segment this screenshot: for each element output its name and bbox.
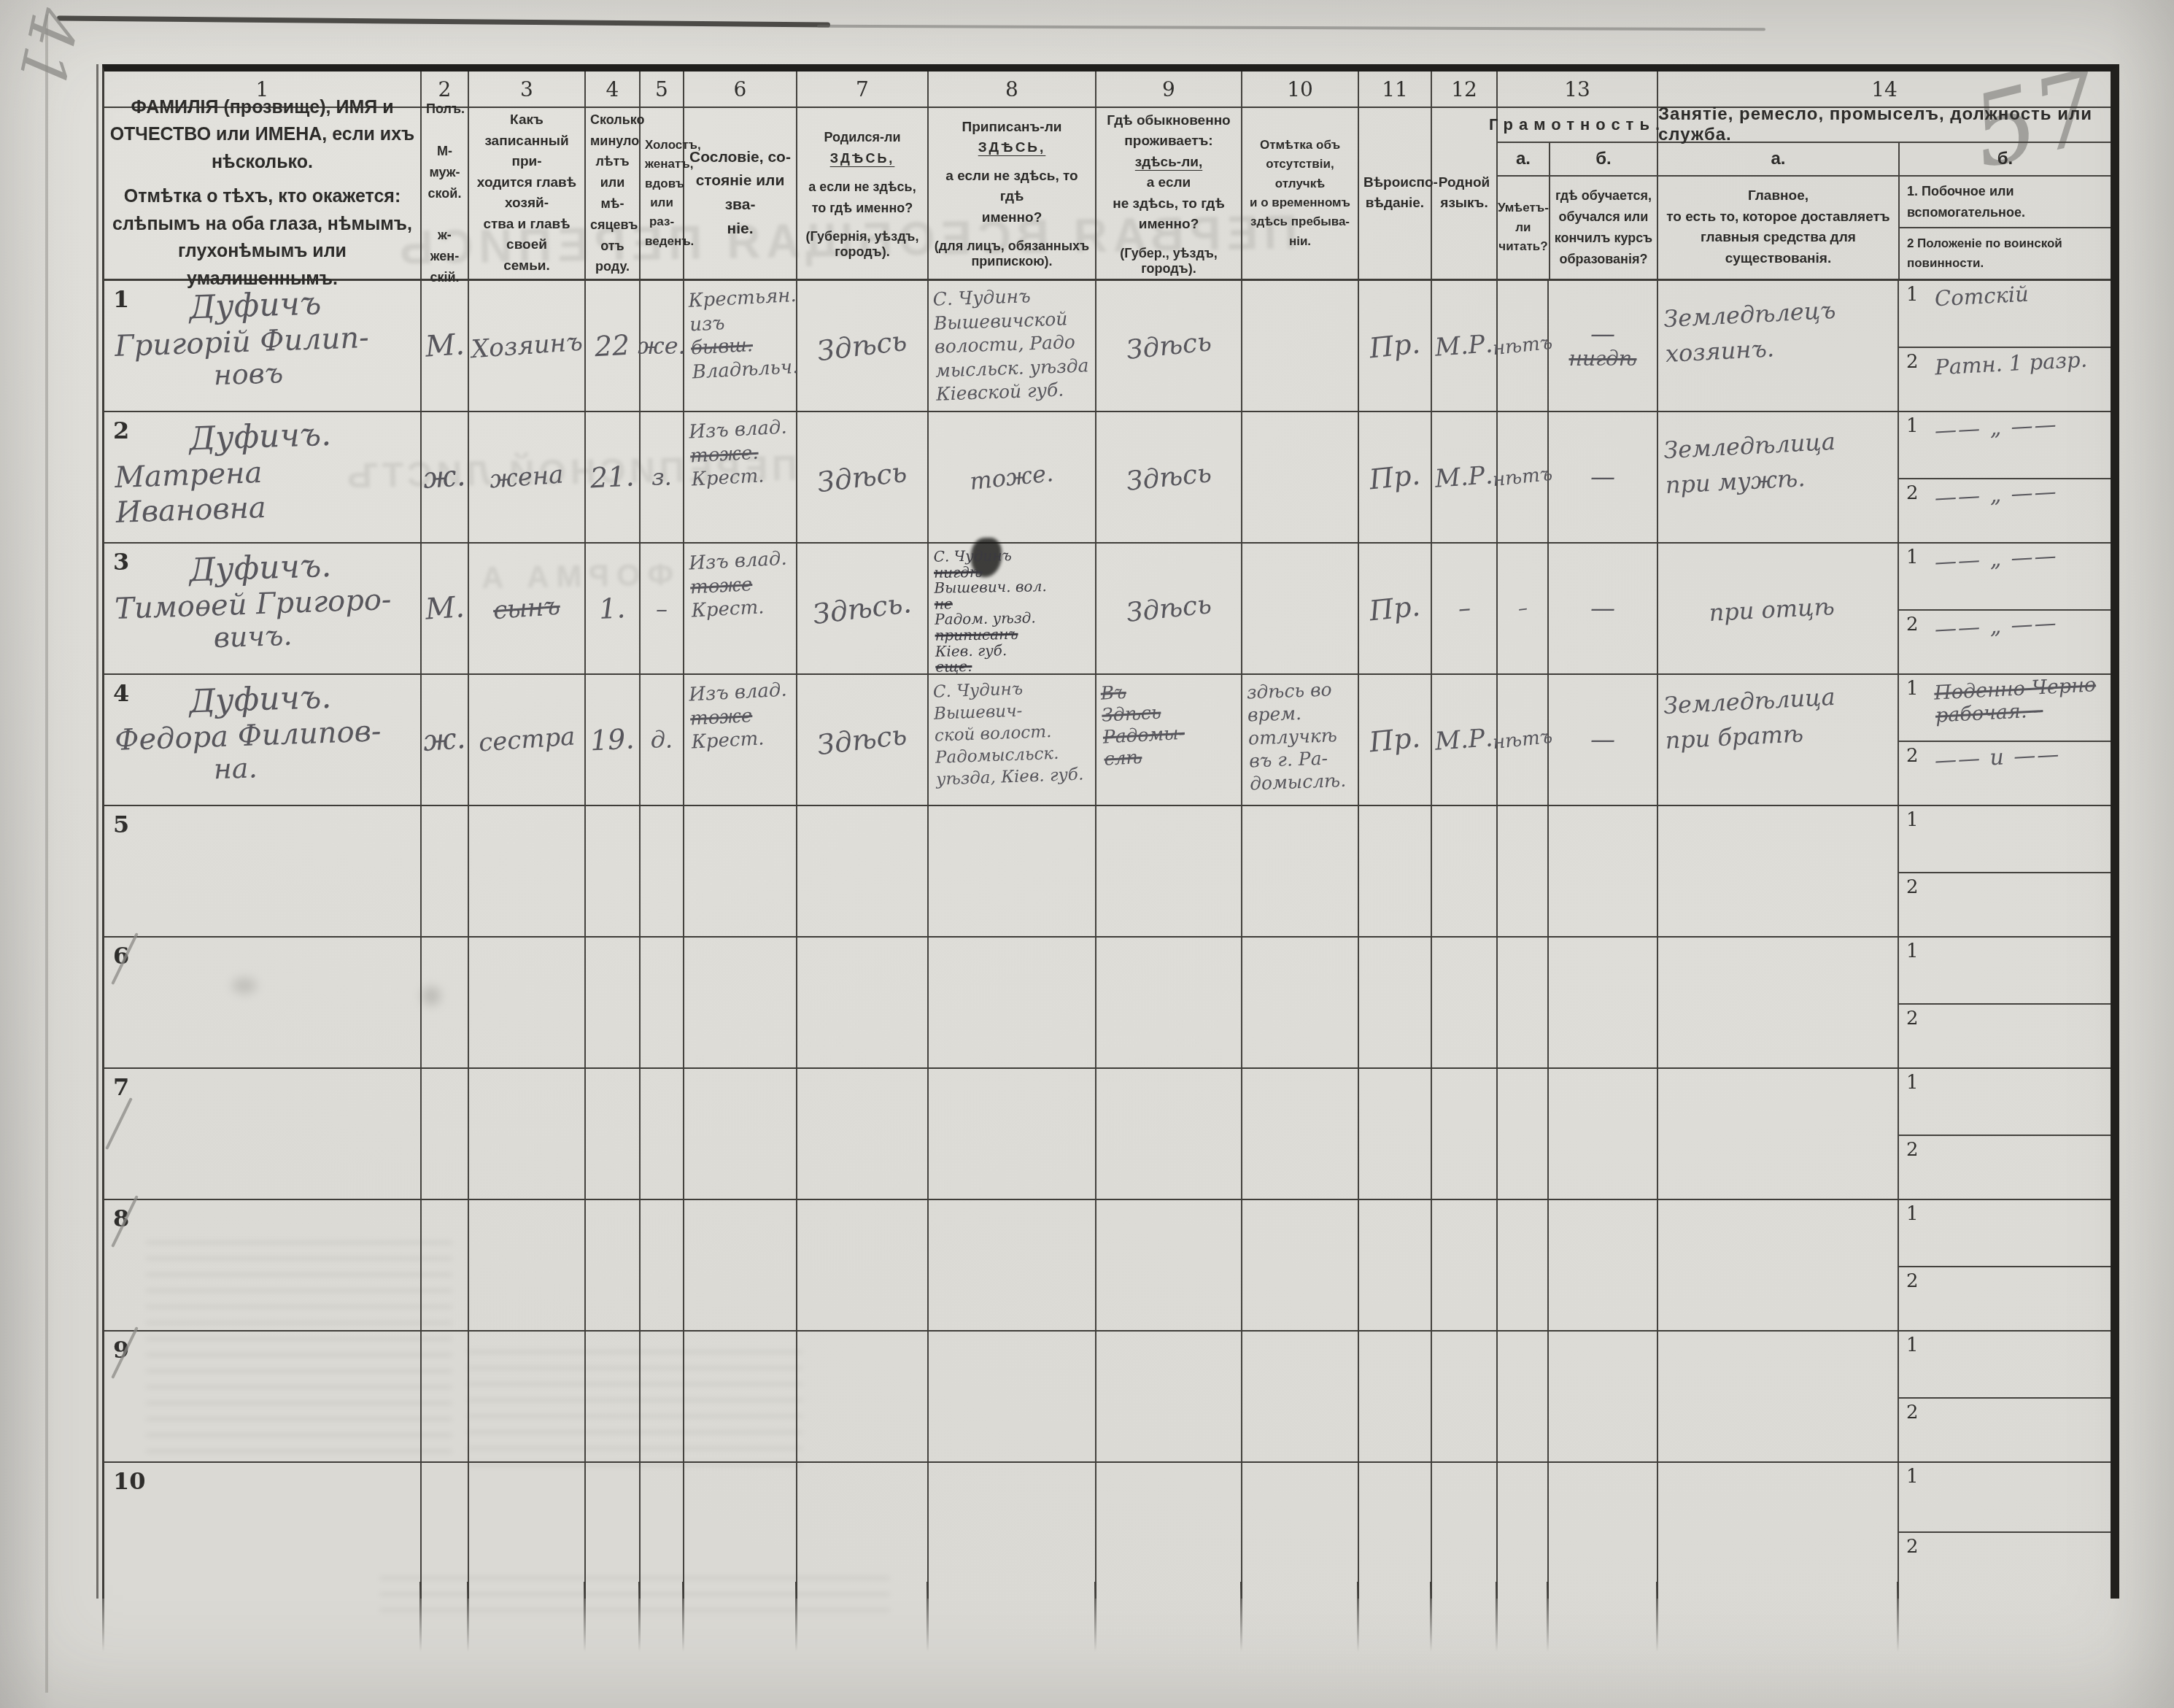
sub-label-1: 1 [1906, 284, 1919, 306]
cell-estate: Изъ влад. тоже Крест. [684, 675, 797, 805]
cell-registration [929, 1332, 1096, 1461]
language-text: М.Р. [1434, 329, 1494, 362]
registration-struck: еще. [935, 657, 1090, 675]
cell-language [1432, 1200, 1498, 1330]
sub-label-2: 2 [1906, 614, 1919, 635]
occupation-main-text: Земледѣлецъ хозяинъ. [1662, 279, 1893, 371]
header-occupation-a-text: Главное, то есть то, которое доставляетъ… [1658, 177, 1898, 279]
cell-occupation-side: 1 2 [1899, 1332, 2111, 1461]
sub-label-1: 1 [1906, 415, 1919, 437]
header-name: ФАМИЛІЯ (прозвище), ИМЯ и ОТЧЕСТВО или И… [104, 108, 422, 279]
census-row-8-empty: 8 1 2 [104, 1200, 2111, 1332]
language-text: М.Р. [1434, 723, 1494, 756]
birthplace-text: Здѣсь [816, 719, 909, 762]
cell-relation [469, 1463, 586, 1599]
rule-stub [467, 1582, 469, 1652]
relation-text: сестра [478, 722, 576, 757]
cell-registration [929, 1200, 1096, 1330]
occupation-main-text: Земледѣлица при братѣ [1663, 673, 1894, 758]
estate-line-3: Крест. [691, 463, 792, 492]
cell-literacy-read [1498, 1069, 1549, 1199]
given-name-text: Матрена Ивановна [114, 450, 416, 530]
header-residence: Гдѣ обыкновенно проживаетъ: здѣсь-ли, а … [1096, 108, 1242, 279]
cell-birthplace [797, 1200, 929, 1330]
cell-literacy-read [1498, 1332, 1549, 1461]
given-name-text-2: новъ [213, 354, 416, 391]
given-name-text-2: вичъ. [213, 617, 416, 654]
header-registration: Приписанъ-ли ЗДѢСЬ, а если не здѣсь, то … [929, 108, 1096, 279]
cell-religion [1359, 1069, 1432, 1199]
cell-registration [929, 1463, 1096, 1599]
cell-age [586, 1463, 641, 1599]
cell-occupation-main: Земледѣлецъ хозяинъ. [1658, 281, 1899, 411]
cell-literacy-edu [1549, 938, 1658, 1067]
cell-literacy-edu: — нигдѣ [1549, 281, 1658, 411]
military-status-text: —— „ —— [1934, 611, 2058, 643]
sub-label-1: 1 [1906, 940, 1919, 962]
cell-marital [641, 1200, 684, 1330]
cell-estate: Изъ влад. тоже. Крест. [684, 412, 797, 542]
education-dash: — [1590, 594, 1615, 623]
cell-occupation-side: 1—— „ —— 2—— „ —— [1899, 544, 2111, 673]
sub-label-1: 1 [1906, 678, 1919, 700]
cell-birthplace [797, 938, 929, 1067]
cell-language [1432, 1332, 1498, 1461]
header-absence: Отмѣтка объ отсутствіи, отлучкѣ и о врем… [1242, 108, 1359, 279]
cell-religion [1359, 1200, 1432, 1330]
literacy-read-text: нѣтъ [1492, 332, 1554, 360]
registration-text: С. Чудинъ Вышевичской волости, Радо мысл… [932, 282, 1091, 406]
cell-literacy-read [1498, 1463, 1549, 1599]
cell-literacy-read: нѣтъ [1498, 675, 1549, 805]
cell-name: 6 [104, 938, 422, 1067]
cell-residence [1096, 938, 1242, 1067]
cell-marital: – [641, 544, 684, 673]
header-occupation-title: Занятіе, ремесло, промыселъ, должность и… [1658, 108, 2111, 143]
cell-literacy-edu: — [1549, 412, 1658, 542]
cell-literacy-edu [1549, 1200, 1658, 1330]
sex-text: М. [424, 328, 465, 364]
cell-occupation-main [1658, 1463, 1899, 1599]
page-edge-shadow-top [57, 15, 830, 27]
cell-sex: ж. [422, 675, 469, 805]
religion-text: Пр. [1368, 590, 1422, 627]
cell-residence [1096, 1069, 1242, 1199]
census-sheet-page: ПЕРВАЯ ВСЕОБЩАЯ ПЕРЕПИСЬ ПЕРЕПИСНОЙ ЛИСТ… [0, 0, 2174, 1708]
cell-birthplace [797, 1069, 929, 1199]
cell-residence [1096, 806, 1242, 936]
cell-occupation-main: Земледѣлица при братѣ [1658, 675, 1899, 805]
cell-registration: тоже. [929, 412, 1096, 542]
rule-stub [1094, 1582, 1096, 1652]
cell-sex [422, 938, 469, 1067]
cell-occupation-main: Земледѣлица при мужѣ. [1658, 412, 1899, 542]
cell-literacy-edu [1549, 1069, 1658, 1199]
registration-text: тоже. [969, 459, 1055, 495]
sex-text: М. [424, 590, 465, 627]
marital-text: же. [638, 332, 685, 360]
cell-occupation-side: 1 2 [1899, 806, 2111, 936]
colnum-11: 11 [1359, 72, 1432, 107]
rule-stub [419, 1582, 422, 1652]
cell-religion: Пр. [1359, 281, 1432, 411]
estate-struck: бывш. [690, 334, 754, 359]
cell-occupation-main [1658, 806, 1899, 936]
cell-residence [1096, 1332, 1242, 1461]
literacy-read-text: нѣтъ [1492, 463, 1554, 491]
cell-absence: здѣсь во врем. отлучкѣ въ г. Ра- домыслѣ… [1242, 675, 1359, 805]
header-estate-text: Сословіе, со- стояніе или зва- ніе. [689, 146, 792, 241]
header-residence-here: здѣсь-ли, [1135, 155, 1202, 170]
education-dash: — [1568, 321, 1636, 348]
cell-absence [1242, 281, 1359, 411]
religion-text: Пр. [1368, 327, 1422, 364]
occupation-side-text: Сотскій [1934, 282, 2029, 312]
cell-sex: М. [422, 281, 469, 411]
rule-stub [1496, 1582, 1498, 1652]
cell-language [1432, 938, 1498, 1067]
sex-text: ж. [422, 722, 467, 758]
birthplace-text: Здѣсь [816, 456, 909, 499]
cell-birthplace: Здѣсь. [797, 544, 929, 673]
census-row-7-empty: 7 1 2 [104, 1069, 2111, 1200]
cell-residence [1096, 1463, 1242, 1599]
cell-marital [641, 1069, 684, 1199]
cell-occupation-side: 1Поденно-Черно рабочая. – 2—— и —— [1899, 675, 2111, 805]
cell-age: 21. [586, 412, 641, 542]
header-relation: Какъ записанный при- ходится главѣ хозяй… [469, 108, 586, 279]
relation-text: сынъ [492, 592, 561, 625]
cell-sex [422, 1463, 469, 1599]
sub-label-1: 1 [1906, 1334, 1919, 1356]
page-edge-shadow-top-2 [817, 25, 1765, 31]
cell-marital [641, 1332, 684, 1461]
cell-age: 22 [586, 281, 641, 411]
cell-occupation-main [1658, 1332, 1899, 1461]
cell-marital [641, 938, 684, 1067]
birthplace-text: Здѣсь. [811, 587, 913, 630]
header-name-text-1: ФАМИЛІЯ (прозвище), ИМЯ и ОТЧЕСТВО или И… [109, 94, 416, 177]
sub-label-1: 1 [1906, 1072, 1919, 1094]
header-relation-text: Какъ записанный при- ходится главѣ хозяй… [473, 110, 580, 277]
cell-occupation-main [1658, 938, 1899, 1067]
cell-absence [1242, 1200, 1359, 1330]
header-literacy-a-text: Умѣетъ- ли читать? [1498, 177, 1549, 279]
cell-age [586, 1332, 641, 1461]
cell-literacy-read [1498, 806, 1549, 936]
header-marital: Холостъ, женатъ, вдовъ или раз- веденъ. [641, 108, 684, 279]
colnum-6: 6 [684, 72, 797, 107]
cell-registration [929, 938, 1096, 1067]
header-absence-text: Отмѣтка объ отсутствіи, отлучкѣ и о врем… [1247, 136, 1353, 251]
military-status-text: —— и —— [1934, 742, 2061, 774]
pencil-slash [105, 1097, 133, 1150]
sex-text: ж. [422, 459, 467, 495]
cell-name: 4 Дуфичъ. Федора Филипов- на. [104, 675, 422, 805]
cell-age [586, 938, 641, 1067]
education-struck: нигдѣ [1568, 348, 1636, 371]
cell-religion [1359, 1463, 1432, 1599]
literacy-read-text: – [1517, 597, 1528, 619]
estate-line-3: Крест. [691, 594, 792, 623]
header-age-text: Сколько минуло лѣтъ или мѣ- сяцевъ отъ р… [590, 109, 635, 277]
header-birthplace-here: ЗДѢСЬ, [830, 151, 895, 166]
relation-text: жена [489, 460, 565, 495]
cell-estate: Изъ влад. тоже Крест. [684, 544, 797, 673]
cell-residence: Здѣсь [1096, 412, 1242, 542]
cell-residence [1096, 1200, 1242, 1330]
cell-marital: з. [641, 412, 684, 542]
cell-relation: сестра [469, 675, 586, 805]
cell-literacy-edu [1549, 1463, 1658, 1599]
cell-absence [1242, 412, 1359, 542]
cell-occupation-side: 1 2 [1899, 938, 2111, 1067]
header-literacy-b: б. гдѣ обучается, обучался или кончилъ к… [1550, 143, 1657, 279]
sub-label-2: 2 [1906, 1008, 1919, 1029]
sub-label-2: 2 [1906, 351, 1919, 373]
colnum-8: 8 [929, 72, 1096, 107]
pencil-corner-mark: 41 [3, 1, 91, 95]
cell-estate [684, 938, 797, 1067]
cell-occupation-main: при отцѣ [1658, 544, 1899, 673]
census-row-5-empty: 5 1 2 [104, 806, 2111, 938]
cell-birthplace: Здѣсь [797, 675, 929, 805]
page-edge-shadow-left [45, 15, 48, 1693]
header-occupation-b: б. 1. Побочное или вспомогательное. 2 По… [1900, 143, 2111, 279]
cell-sex: М. [422, 544, 469, 673]
cell-birthplace [797, 1332, 929, 1461]
header-residence-l1: Гдѣ обыкновенно проживаетъ: [1101, 111, 1237, 152]
header-literacy-a-label: а. [1498, 143, 1549, 177]
cell-estate [684, 1463, 797, 1599]
language-text: – [1457, 593, 1471, 623]
cell-absence [1242, 938, 1359, 1067]
cell-birthplace [797, 806, 929, 936]
marital-text: д. [651, 726, 673, 754]
colnum-9: 9 [1096, 72, 1242, 107]
sub-label-2: 2 [1906, 1139, 1919, 1161]
cell-sex [422, 806, 469, 936]
cell-language [1432, 1463, 1498, 1599]
cell-sex [422, 1069, 469, 1199]
cell-religion: Пр. [1359, 675, 1432, 805]
military-status-text: —— „ —— [1934, 479, 2058, 511]
cell-religion: Пр. [1359, 412, 1432, 542]
cell-occupation-main [1658, 1200, 1899, 1330]
cell-age: 1. [586, 544, 641, 673]
occupation-main-text: при отцѣ [1662, 542, 1893, 633]
residence-struck-text: Въ Здѣсь Радомы- слѣ [1100, 676, 1237, 770]
header-occupation-a: а. Главное, то есть то, которое доставля… [1658, 143, 1900, 279]
age-text: 22 [594, 329, 631, 363]
census-row-2: 2 Дуфичъ. Матрена Ивановна ж. жена 21. з… [104, 412, 2111, 544]
language-text: М.Р. [1434, 460, 1494, 493]
header-religion-text: Вѣроиспо- вѣданіе. [1363, 173, 1426, 215]
education-dash: — [1590, 725, 1615, 754]
header-registration-rest: а если не здѣсь, то гдѣ именно? [933, 166, 1091, 229]
cell-religion [1359, 1332, 1432, 1461]
cell-registration: С. Чудинъ Вышевич- ской волост. Радомысл… [929, 675, 1096, 805]
cell-name: 7 [104, 1069, 422, 1199]
cell-age: 19. [586, 675, 641, 805]
religion-text: Пр. [1368, 721, 1422, 758]
sub-label-2: 2 [1906, 1536, 1919, 1558]
rule-stub [1656, 1582, 1658, 1652]
census-row-6-empty: 6 1 2 [104, 938, 2111, 1069]
header-residence-rest: а если не здѣсь, то гдѣ именно? [1101, 173, 1237, 236]
occupation-main-text: Земледѣлица при мужѣ. [1662, 411, 1893, 503]
cell-language: – [1432, 544, 1498, 673]
cell-registration: С. Чудинъ нигдѣ Вышевич. вол. не Радом. … [929, 544, 1096, 673]
cell-relation [469, 938, 586, 1067]
cell-registration [929, 806, 1096, 936]
cell-occupation-side: 1Сотскій 2Ратн. 1 разр. [1899, 281, 2111, 411]
header-literacy-a: а. Умѣетъ- ли читать? [1498, 143, 1550, 279]
occupation-side-text: —— „ —— [1934, 412, 2058, 444]
census-table: 1 2 3 4 5 6 7 8 9 10 11 12 13 14 ФАМИЛІЯ… [102, 64, 2119, 1599]
cell-residence: Здѣсь [1096, 544, 1242, 673]
cell-sex [422, 1200, 469, 1330]
rule-stub [927, 1582, 929, 1652]
rule-stub [102, 1582, 104, 1652]
cell-language: М.Р. [1432, 412, 1498, 542]
header-occupation-b1: 1. Побочное или вспомогательное. [1900, 177, 2111, 228]
sub-label-1: 1 [1906, 809, 1919, 831]
cell-absence [1242, 1332, 1359, 1461]
education-dash: — [1590, 463, 1615, 492]
cell-occupation-main [1658, 1069, 1899, 1199]
header-occupation-b2: 2 Положеніе по воинской повинности. [1900, 228, 2111, 279]
cell-relation [469, 1332, 586, 1461]
header-language: Родной языкъ. [1432, 108, 1498, 279]
sub-label-2: 2 [1906, 1402, 1919, 1423]
cell-birthplace: Здѣсь [797, 412, 929, 542]
census-row-9-empty: 9 1 2 [104, 1332, 2111, 1463]
cell-absence [1242, 1069, 1359, 1199]
residence-text: Здѣсь [1125, 327, 1212, 366]
registration-text: С. Чудинъ Вышевич- ской волост. Радомысл… [932, 676, 1091, 791]
cell-name: 8 [104, 1200, 422, 1330]
cell-literacy-read [1498, 1200, 1549, 1330]
cell-occupation-side: 1 2 [1899, 1200, 2111, 1330]
cell-occupation-side: 1 2 [1899, 1463, 2111, 1599]
header-religion: Вѣроиспо- вѣданіе. [1359, 108, 1432, 279]
header-literacy: Грамотность. а. Умѣетъ- ли читать? б. гд… [1498, 108, 1658, 279]
cell-literacy-read: – [1498, 544, 1549, 673]
census-row-10-empty: 10 1 2 [104, 1463, 2111, 1599]
cell-religion [1359, 938, 1432, 1067]
cell-name: 3 Дуфичъ. Тимоѳей Григоро- вичъ. [104, 544, 422, 673]
cell-absence [1242, 1463, 1359, 1599]
cell-occupation-side: 1—— „ —— 2—— „ —— [1899, 412, 2111, 542]
rule-stub [682, 1582, 684, 1652]
header-registration-here: ЗДѢСЬ, [978, 140, 1046, 155]
cell-language: М.Р. [1432, 281, 1498, 411]
cell-religion: Пр. [1359, 544, 1432, 673]
cell-language: М.Р. [1432, 675, 1498, 805]
header-occupation-b-label: б. [1900, 143, 2111, 177]
cell-relation: сынъ [469, 544, 586, 673]
colnum-13: 13 [1498, 72, 1658, 107]
cell-marital: д. [641, 675, 684, 805]
cell-name: 10 [104, 1463, 422, 1599]
header-occupation-a-label: а. [1658, 143, 1898, 177]
sub-label-1: 1 [1906, 1466, 1919, 1488]
colnum-14: 14 [1658, 72, 2111, 107]
cell-absence [1242, 544, 1359, 673]
header-name-text-2: Отмѣтка о тѣхъ, кто окажется: слѣпымъ на… [109, 183, 416, 293]
rule-stub [1430, 1582, 1432, 1652]
cell-age [586, 1069, 641, 1199]
header-estate: Сословіе, со- стояніе или зва- ніе. [684, 108, 797, 279]
military-status-text: Ратн. 1 разр. [1934, 347, 2087, 380]
age-text: 21. [589, 460, 635, 494]
header-occupation: Занятіе, ремесло, промыселъ, должность и… [1658, 108, 2111, 279]
cell-name: 2 Дуфичъ. Матрена Ивановна [104, 412, 422, 542]
header-birthplace-note: (Губернія, уѣздъ, городъ). [802, 229, 923, 260]
cell-registration [929, 1069, 1096, 1199]
cell-residence: Здѣсь [1096, 281, 1242, 411]
cell-residence: Въ Здѣсь Радомы- слѣ [1096, 675, 1242, 805]
header-language-text: Родной языкъ. [1436, 173, 1492, 215]
header-age: Сколько минуло лѣтъ или мѣ- сяцевъ отъ р… [586, 108, 641, 279]
cell-marital [641, 806, 684, 936]
residence-text: Здѣсь [1125, 590, 1212, 628]
rule-stub [795, 1582, 797, 1652]
marital-text: з. [651, 463, 672, 491]
cell-relation: Хозяинъ [469, 281, 586, 411]
header-registration-note: (для лицъ, обязанныхъ припискою). [933, 239, 1091, 269]
rule-stub [1547, 1582, 1549, 1652]
header-marital-text: Холостъ, женатъ, вдовъ или раз- веденъ. [645, 136, 678, 251]
row-number: 10 [113, 1467, 146, 1495]
census-row-3: 3 Дуфичъ. Тимоѳей Григоро- вичъ. М. сынъ… [104, 544, 2111, 675]
cell-estate [684, 1200, 797, 1330]
census-row-1: 1 Дуфичъ Григорій Филип- новъ М. Хозяинъ… [104, 281, 2111, 412]
cell-literacy-read: нѣтъ [1498, 412, 1549, 542]
cell-estate [684, 806, 797, 936]
cell-literacy-edu [1549, 806, 1658, 936]
cell-birthplace: Здѣсь [797, 281, 929, 411]
sub-label-1: 1 [1906, 1203, 1919, 1225]
colnum-12: 12 [1432, 72, 1498, 107]
birthplace-text: Здѣсь [816, 325, 909, 368]
sub-label-1: 1 [1906, 546, 1919, 568]
cell-birthplace [797, 1463, 929, 1599]
age-text: 1. [598, 592, 627, 625]
cell-relation [469, 1200, 586, 1330]
cell-religion [1359, 806, 1432, 936]
cell-literacy-edu: — [1549, 675, 1658, 805]
cell-name: 5 [104, 806, 422, 936]
literacy-read-text: нѣтъ [1492, 726, 1554, 754]
cell-marital: же. [641, 281, 684, 411]
census-row-4: 4 Дуфичъ. Федора Филипов- на. ж. сестра … [104, 675, 2111, 806]
cell-literacy-edu [1549, 1332, 1658, 1461]
colnum-3: 3 [469, 72, 586, 107]
header-sex-text: Полъ. М-муж- ской. ж-жен- скій. [426, 98, 463, 287]
cell-relation [469, 1069, 586, 1199]
sub-label-2: 2 [1906, 745, 1919, 767]
header-birthplace-rest: а если не здѣсь, то гдѣ именно? [802, 177, 923, 219]
cell-language [1432, 1069, 1498, 1199]
estate-line-3: Владѣльч. [692, 355, 793, 385]
row-number: 5 [113, 811, 129, 838]
header-literacy-b-text: гдѣ обучается, обучался или кончилъ курс… [1550, 177, 1657, 279]
rule-stub [1897, 1582, 1899, 1652]
cell-estate: Крестьян. изъ бывш. Владѣльч. [684, 281, 797, 411]
cell-marital [641, 1463, 684, 1599]
